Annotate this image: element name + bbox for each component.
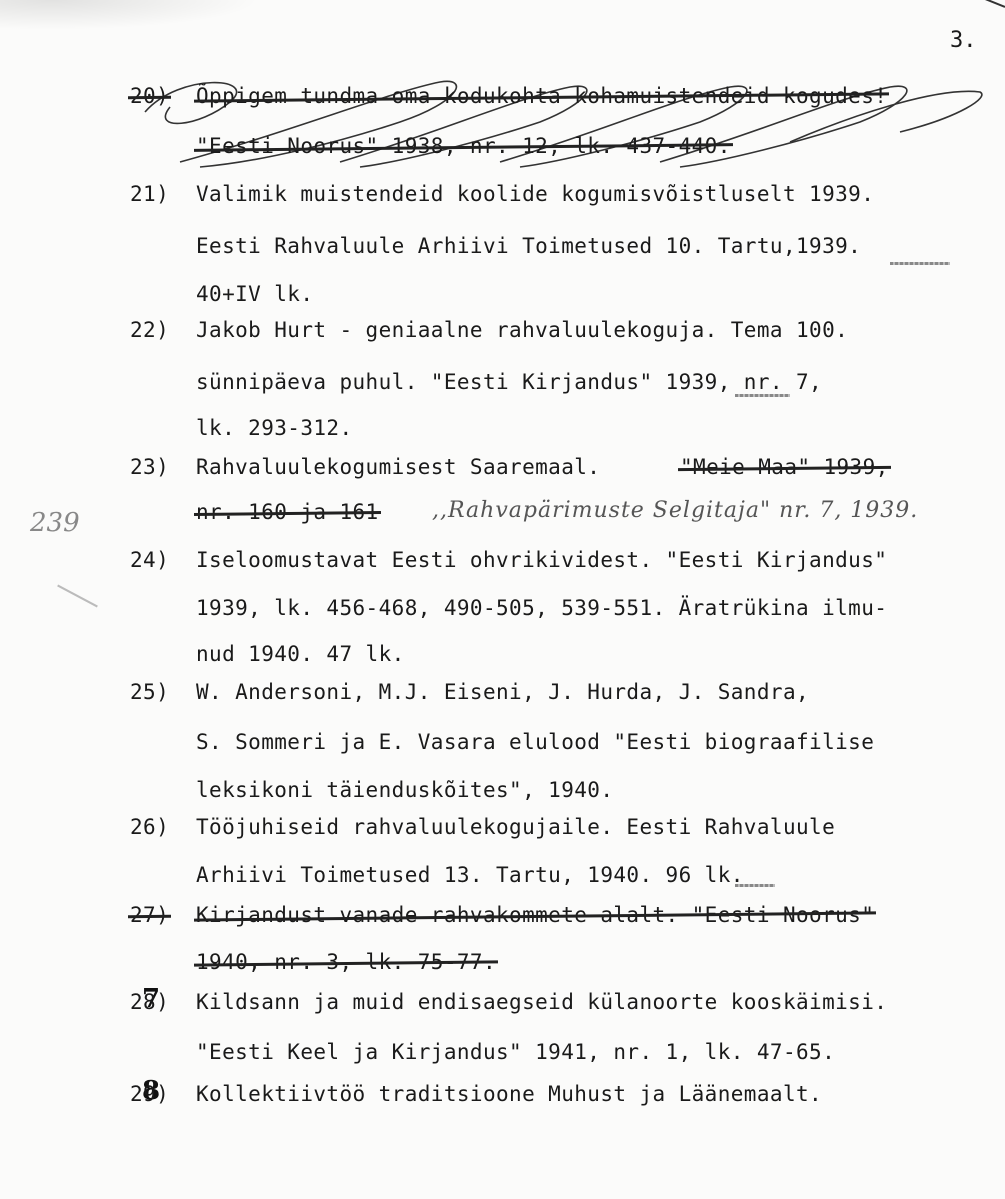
entry-line: lk. 293-312.	[196, 416, 353, 440]
entry-line: Eesti Rahvaluule Arhiivi Toimetused 10. …	[196, 234, 861, 258]
entry-line: W. Andersoni, M.J. Eiseni, J. Hurda, J. …	[196, 680, 809, 704]
entry-line: 1939, lk. 456-468, 490-505, 539-551. Ära…	[196, 596, 887, 620]
entry-line: Kollektiivtöö traditsioone Muhust ja Lää…	[196, 1082, 822, 1106]
entry-line: S. Sommeri ja E. Vasara elulood "Eesti b…	[196, 730, 874, 754]
document-page: 3. 20)Õppigem tundma oma kodukohta koham…	[0, 0, 1005, 1199]
entry-line: Iseloomustavat Eesti ohvrikividest. "Ees…	[196, 548, 887, 572]
entry-line: Tööjuhiseid rahvaluulekogujaile. Eesti R…	[196, 815, 835, 839]
entry-line: 1940, nr. 3, lk. 75-77.	[196, 950, 496, 974]
entry-line: 40+IV lk.	[196, 282, 313, 306]
entry-number: 28)	[130, 990, 169, 1014]
entry-line: leksikoni täienduskõites", 1940.	[196, 778, 613, 802]
entry-line: "Eesti Keel ja Kirjandus" 1941, nr. 1, l…	[196, 1040, 835, 1064]
entry-line: Rahvaluulekogumisest Saaremaal.	[196, 455, 600, 479]
entry-number: 29)	[130, 1082, 169, 1106]
entry-number: 27)	[130, 903, 169, 927]
entry-line: Jakob Hurt - geniaalne rahvaluulekoguja.…	[196, 318, 848, 342]
entry-line: nud 1940. 47 lk.	[196, 642, 405, 666]
handwritten-correction: ,,Rahvapärimuste Selgitaja" nr. 7, 1939.	[432, 498, 918, 523]
paper-stain	[0, 0, 260, 30]
entry-number: 20)	[130, 84, 169, 108]
pencil-underline	[890, 262, 950, 265]
entry-line: "Eesti Noorus" 1938, nr. 12, lk. 437-440…	[196, 134, 731, 158]
entry-line: Arhiivi Toimetused 13. Tartu, 1940. 96 l…	[196, 863, 744, 887]
entry-number: 22)	[130, 318, 169, 342]
entry-line: Kirjandust vanade rahvakommete alalt. "E…	[196, 903, 874, 927]
entry-line: Valimik muistendeid koolide kogumisvõist…	[196, 182, 874, 206]
margin-note: 239	[30, 508, 80, 538]
entry-number: 23)	[130, 455, 169, 479]
corner-pen-stroke	[960, 0, 1005, 8]
pencil-underline	[735, 884, 775, 887]
entry-number: 24)	[130, 548, 169, 572]
entry-number: 21)	[130, 182, 169, 206]
margin-pencil-stroke	[57, 585, 98, 608]
page-number: 3.	[950, 28, 977, 53]
pencil-underline	[735, 394, 790, 397]
entry-line: sünnipäeva puhul. "Eesti Kirjandus" 1939…	[196, 370, 822, 394]
entry-line: Õppigem tundma oma kodukohta kohamuisten…	[196, 84, 887, 108]
struck-citation: nr. 160 ja 161	[196, 500, 379, 524]
entry-number: 26)	[130, 815, 169, 839]
struck-citation: "Meie Maa" 1939,	[680, 455, 889, 479]
entry-number: 25)	[130, 680, 169, 704]
entry-line: Kildsann ja muid endisaegseid külanoorte…	[196, 990, 887, 1014]
